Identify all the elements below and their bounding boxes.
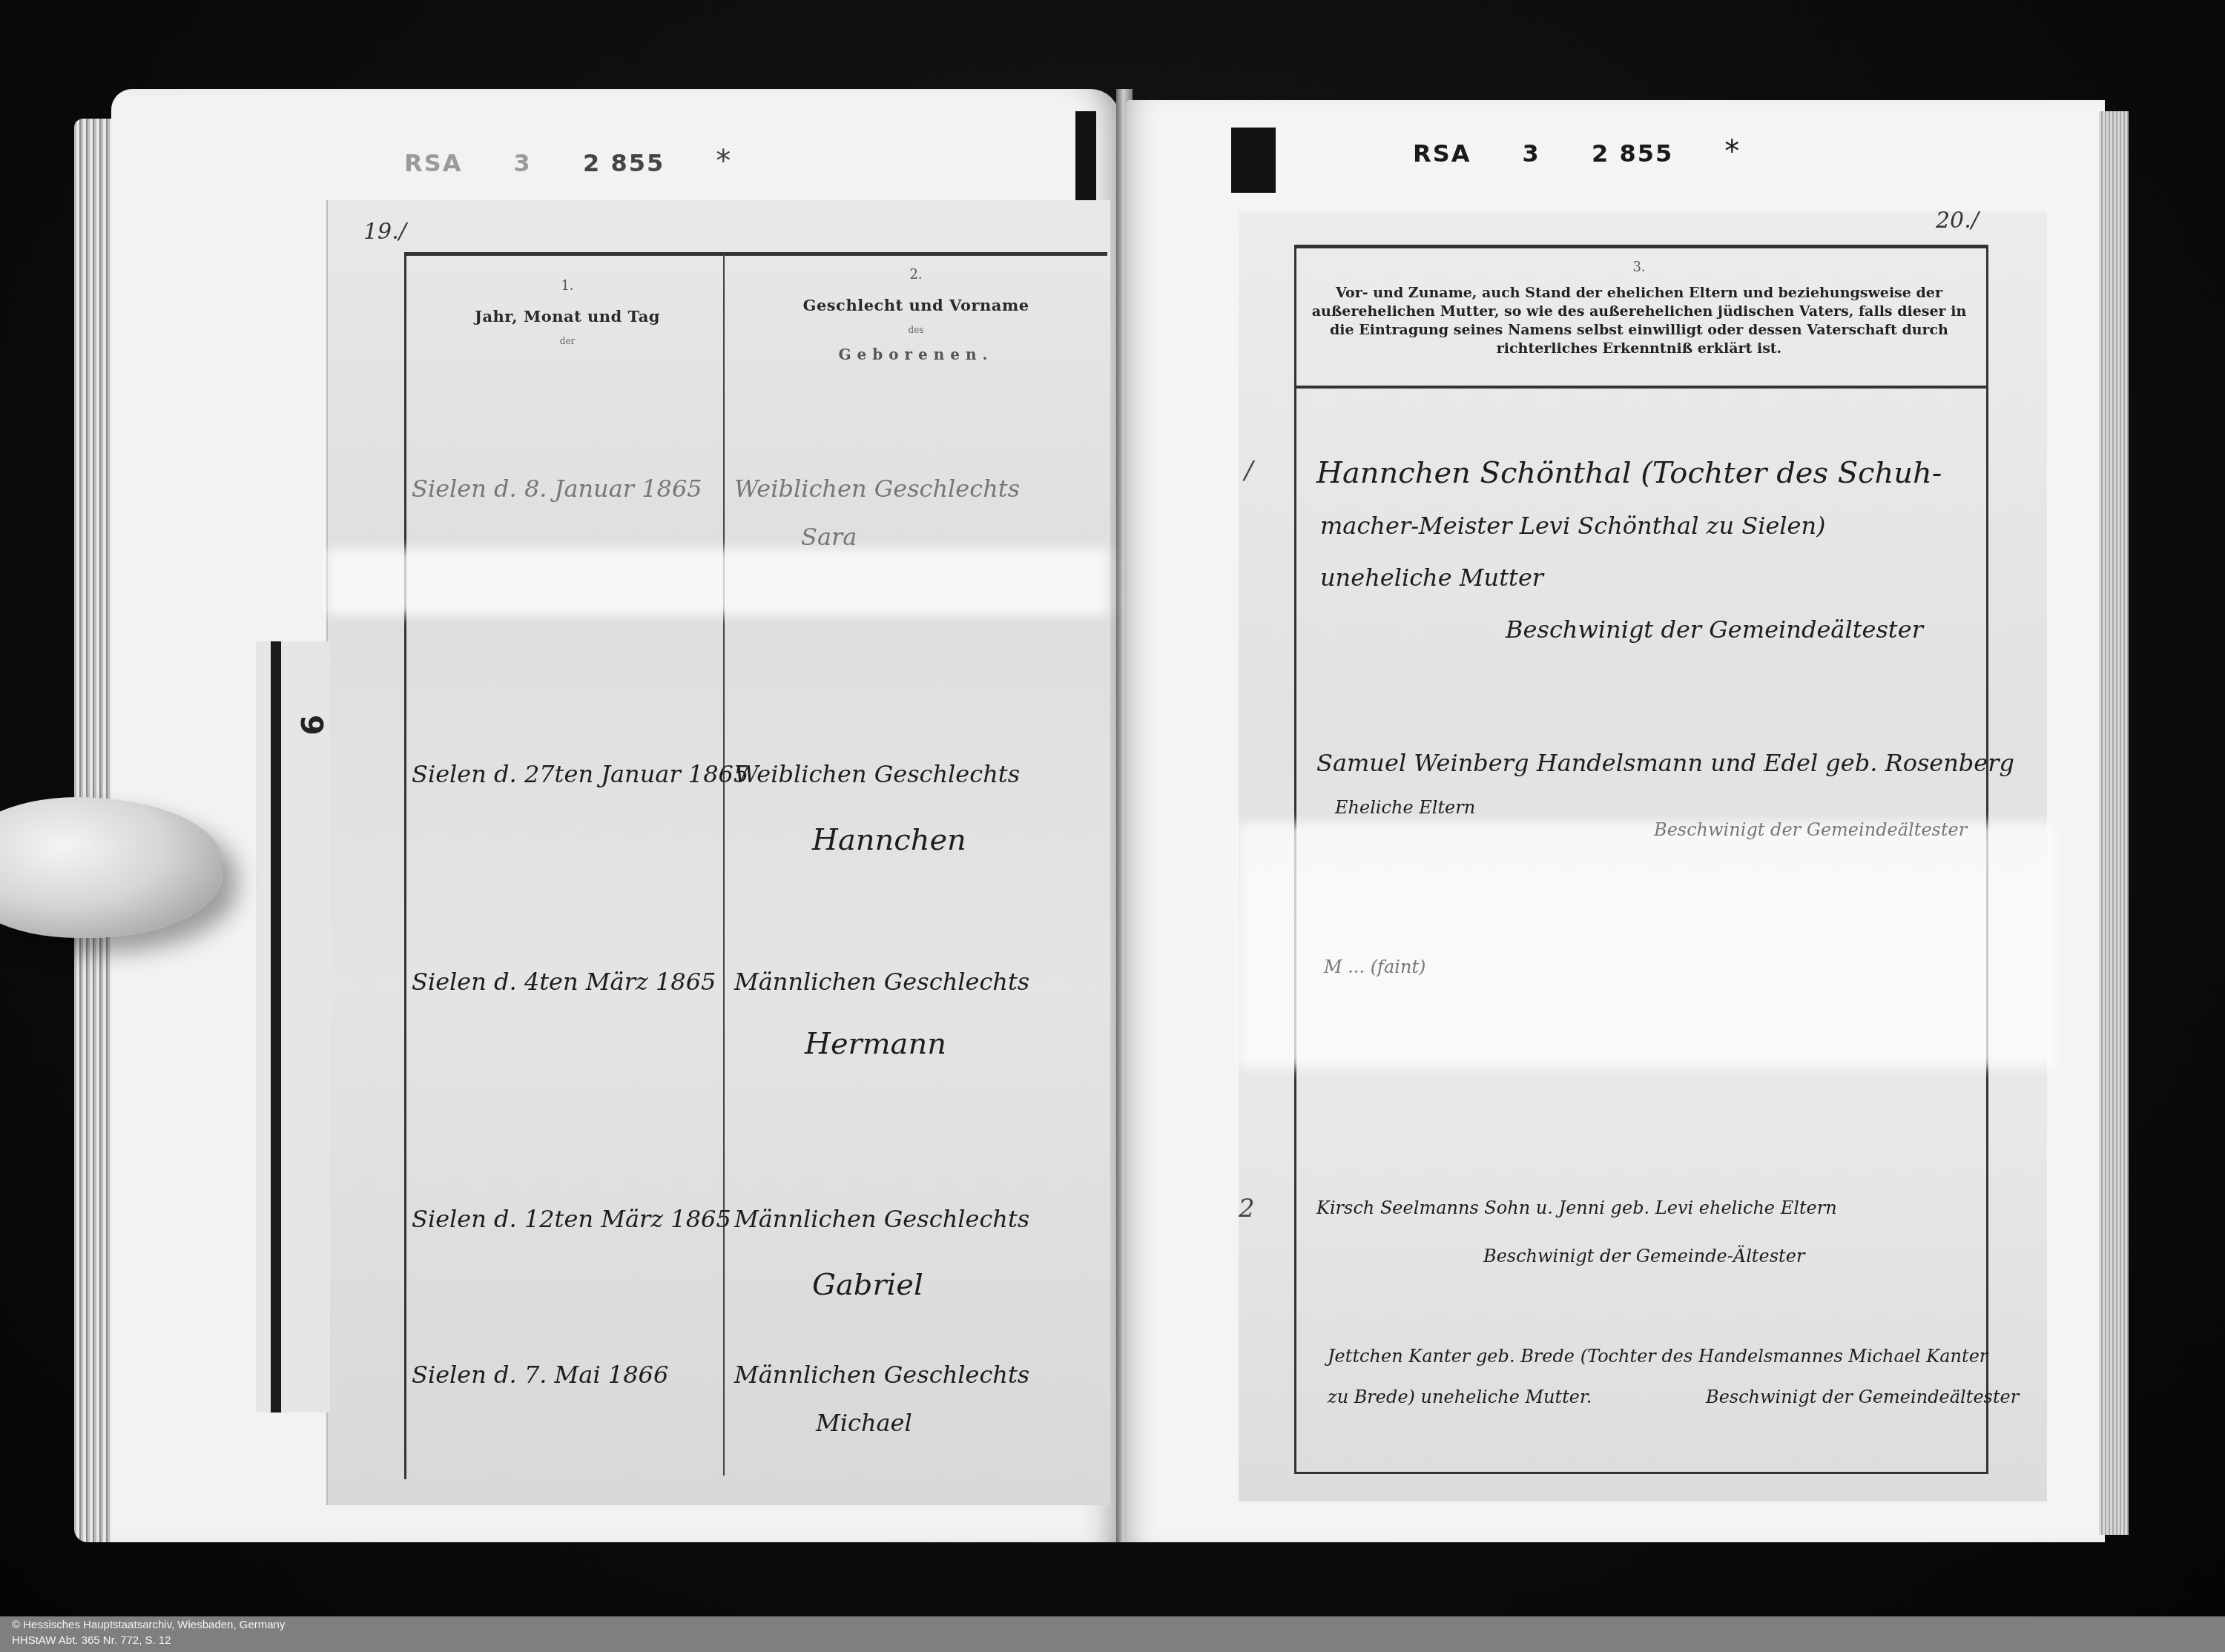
entry-name: Hannchen bbox=[812, 823, 966, 857]
column-header-date: 1. Jahr, Monat und Tag der bbox=[415, 278, 719, 346]
folio-number-right: 20./ bbox=[1936, 208, 1979, 234]
stamp-volume: 3 bbox=[514, 149, 532, 177]
caption-bar: © Hessisches Hauptstaatsarchiv, Wiesbade… bbox=[0, 1616, 2225, 1652]
stamp-series: RSA bbox=[404, 149, 462, 177]
entry-parents-line: macher-Meister Levi Schönthal zu Sielen) bbox=[1320, 512, 1826, 540]
glare-band bbox=[1239, 823, 2054, 1068]
table-frame-left bbox=[404, 252, 1107, 1479]
column-header-sex-name: 2. Geschlecht und Vorname des Geborenen. bbox=[731, 267, 1101, 363]
black-marker-right bbox=[1231, 128, 1276, 193]
entry-sex: Männlichen Geschlechts bbox=[734, 968, 1029, 996]
entry-sex: Weiblichen Geschlechts bbox=[734, 475, 1020, 503]
copyright-notice: © Hessisches Hauptstaatsarchiv, Wiesbade… bbox=[12, 1619, 285, 1631]
entry-date: Sielen d. 12ten März 1865 bbox=[412, 1205, 731, 1233]
entry-parents-line: Eheliche Eltern bbox=[1335, 797, 1475, 818]
entry-attestation: Beschwinigt der Gemeindeältester bbox=[1654, 819, 1967, 840]
entry-parents-line: Jettchen Kanter geb. Brede (Tochter des … bbox=[1328, 1346, 1988, 1367]
margin-bar bbox=[271, 641, 281, 1413]
entry-date: Sielen d. 8. Januar 1865 bbox=[412, 475, 702, 503]
archive-stamp-right: RSA 3 2 855 * bbox=[1413, 135, 1741, 169]
asterisk-icon: * bbox=[1724, 135, 1741, 169]
entry-parents-line: Samuel Weinberg Handelsmann und Edel geb… bbox=[1316, 749, 2014, 777]
entry-date: Sielen d. 4ten März 1865 bbox=[412, 968, 716, 996]
entry-date: Sielen d. 27ten Januar 1865 bbox=[412, 760, 748, 788]
entry-parents-line: Hannchen Schönthal (Tochter des Schuh- bbox=[1316, 456, 1942, 490]
margin-mark: 2 bbox=[1239, 1194, 1255, 1223]
entry-name: Gabriel bbox=[812, 1268, 923, 1302]
entry-attestation: Beschwinigt der Gemeindeältester bbox=[1706, 1387, 2019, 1407]
header-rule-right bbox=[1294, 386, 1988, 389]
stamp-number: 2 855 bbox=[583, 149, 665, 177]
entry-date: Sielen d. 7. Mai 1866 bbox=[412, 1361, 668, 1389]
entry-sex: Weiblichen Geschlechts bbox=[734, 760, 1020, 788]
entry-attestation: Beschwinigt der Gemeinde-Ältester bbox=[1483, 1246, 1804, 1266]
stamp-volume: 3 bbox=[1523, 139, 1540, 168]
margin-strip-left: 9 bbox=[256, 641, 330, 1413]
book-page-edges-right bbox=[2099, 111, 2129, 1535]
entry-parents-line: zu Brede) uneheliche Mutter. bbox=[1328, 1387, 1592, 1407]
archive-stamp-left: RSA 3 2 855 * bbox=[404, 145, 732, 179]
glare-band bbox=[326, 549, 1109, 615]
stamp-series: RSA bbox=[1413, 139, 1471, 168]
entry-attestation: Beschwinigt der Gemeindeältester bbox=[1506, 615, 1923, 644]
entry-parents-line: M ... (faint) bbox=[1324, 956, 1425, 977]
asterisk-icon: * bbox=[716, 145, 732, 179]
margin-mark: / bbox=[1245, 456, 1253, 486]
entry-name: Hermann bbox=[805, 1027, 946, 1061]
entry-name: Sara bbox=[801, 523, 857, 551]
column-divider bbox=[723, 252, 725, 1476]
entry-name: Michael bbox=[816, 1409, 912, 1437]
black-marker-left bbox=[1075, 111, 1096, 208]
entry-parents-line: Kirsch Seelmanns Sohn u. Jenni geb. Levi… bbox=[1316, 1197, 1837, 1218]
entry-sex: Männlichen Geschlechts bbox=[734, 1205, 1029, 1233]
folio-number-left: 19./ bbox=[363, 219, 406, 245]
entry-parents-line: uneheliche Mutter bbox=[1320, 564, 1543, 592]
stamp-number: 2 855 bbox=[1592, 139, 1673, 168]
column-header-parents: 3. Vor- und Zuname, auch Stand der eheli… bbox=[1305, 260, 1973, 358]
entry-sex: Männlichen Geschlechts bbox=[734, 1361, 1029, 1389]
archive-reference: HHStAW Abt. 365 Nr. 772, S. 12 bbox=[12, 1634, 171, 1647]
margin-tab-number: 9 bbox=[294, 715, 328, 736]
